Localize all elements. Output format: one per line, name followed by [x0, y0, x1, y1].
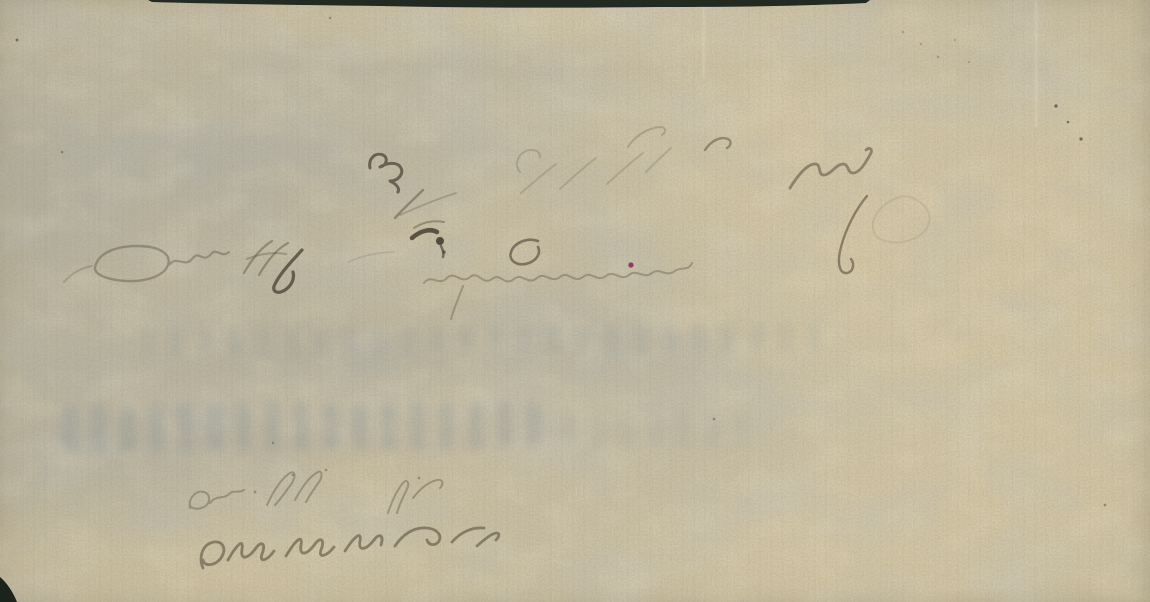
- edge-artifacts-layer: [0, 0, 1150, 602]
- paper-sheet: [0, 0, 1150, 602]
- bottom-left-corner-tear: [0, 577, 17, 602]
- top-edge-gap: [148, 0, 870, 8]
- scan-backdrop: [0, 0, 1150, 602]
